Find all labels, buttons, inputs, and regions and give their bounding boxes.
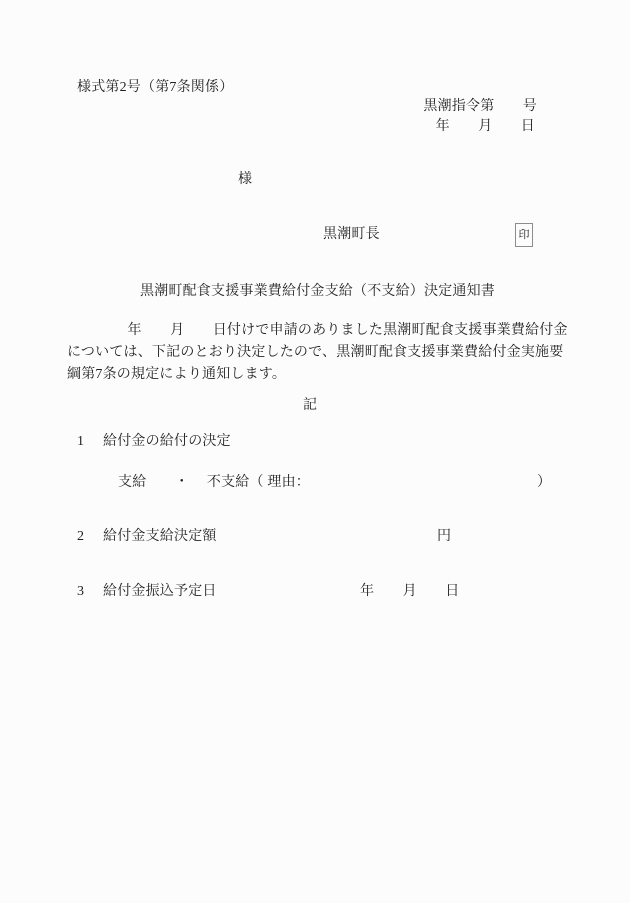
item-label: 給付金支給決定額 (103, 529, 217, 545)
record-heading: 記 (303, 398, 317, 414)
body-line: については、下記のとおり決定したので、黒潮町配食支援事業費給付金実施要 (67, 345, 563, 361)
body-line: 綱第7条の規定により通知します。 (67, 367, 286, 383)
item-label: 給付金振込予定日 (103, 584, 217, 600)
decision-choices: 支給 ・ 不支給（ 理由： (118, 475, 310, 491)
addressee-honorific: 様 (238, 172, 252, 188)
document-title: 黒潮町配食支援事業費給付金支給（不支給）決定通知書 (140, 284, 495, 300)
document-page: 様式第2号（第7条関係） 黒潮指令第 号 年 月 日 様 黒潮町長 印 黒潮町配… (0, 0, 630, 903)
amount-unit: 円 (437, 529, 451, 545)
seal-mark: 印 (519, 230, 530, 241)
transfer-date-blanks: 年 月 日 (360, 584, 459, 600)
item-number: 2 (77, 529, 84, 545)
issuer-title: 黒潮町長 (323, 227, 380, 243)
reason-close-paren: ） (537, 475, 551, 491)
directive-number-line: 黒潮指令第 号 (423, 99, 537, 115)
issue-date-line: 年 月 日 (436, 119, 535, 135)
form-number-label: 様式第2号（第7条関係） (77, 80, 233, 96)
item-number: 3 (77, 584, 84, 600)
item-number: 1 (77, 434, 84, 450)
item-label: 給付金の給付の決定 (103, 434, 231, 450)
body-line: 年 月 日付けで申請のありました黒潮町配食支援事業費給付金 (67, 323, 568, 339)
issuer-seal: 印 (515, 223, 533, 247)
